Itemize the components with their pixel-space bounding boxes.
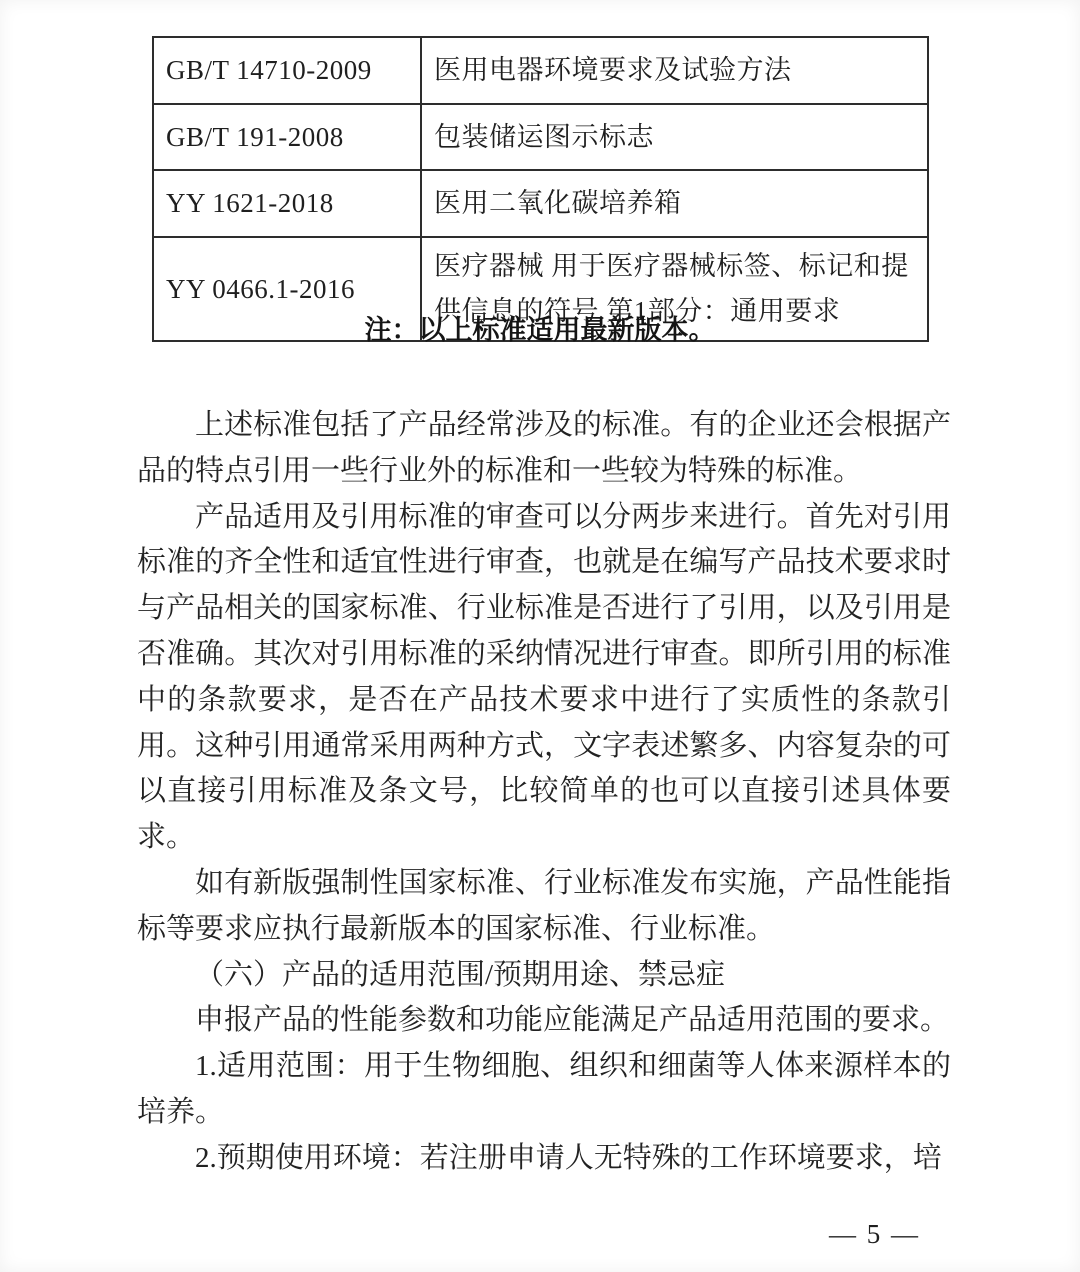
standard-title: 医用电器环境要求及试验方法 [421,37,928,104]
table-row: YY 1621-2018 医用二氧化碳培养箱 [153,170,928,237]
standard-code: GB/T 14710-2009 [153,37,421,104]
section-heading: （六）产品的适用范围/预期用途、禁忌症 [137,953,951,999]
document-page: GB/T 14710-2009 医用电器环境要求及试验方法 GB/T 191-2… [0,0,1080,1272]
paragraph: 1.适用范围：用于生物细胞、组织和细菌等人体来源样本的培养。 [137,1044,951,1136]
standard-title: 包装储运图示标志 [421,104,928,170]
paragraph: 2.预期使用环境：若注册申请人无特殊的工作环境要求，培 [137,1136,951,1182]
page-number: — 5 — [829,1219,920,1250]
standards-table: GB/T 14710-2009 医用电器环境要求及试验方法 GB/T 191-2… [152,36,929,342]
paragraph: 申报产品的性能参数和功能应能满足产品适用范围的要求。 [137,998,951,1044]
table-row: GB/T 191-2008 包装储运图示标志 [153,104,928,170]
standard-title: 医用二氧化碳培养箱 [421,170,928,237]
body-text: 上述标准包括了产品经常涉及的标准。有的企业还会根据产品的特点引用一些行业外的标准… [137,403,951,1182]
table-row: GB/T 14710-2009 医用电器环境要求及试验方法 [153,37,928,104]
paragraph: 上述标准包括了产品经常涉及的标准。有的企业还会根据产品的特点引用一些行业外的标准… [137,403,951,495]
paragraph: 如有新版强制性国家标准、行业标准发布实施，产品性能指标等要求应执行最新版本的国家… [137,861,951,953]
table-note: 注：以上标准适用最新版本。 [0,308,1080,347]
standard-code: GB/T 191-2008 [153,104,421,170]
standard-code: YY 1621-2018 [153,170,421,237]
paragraph: 产品适用及引用标准的审查可以分两步来进行。首先对引用标准的齐全性和适宜性进行审查… [137,495,951,861]
